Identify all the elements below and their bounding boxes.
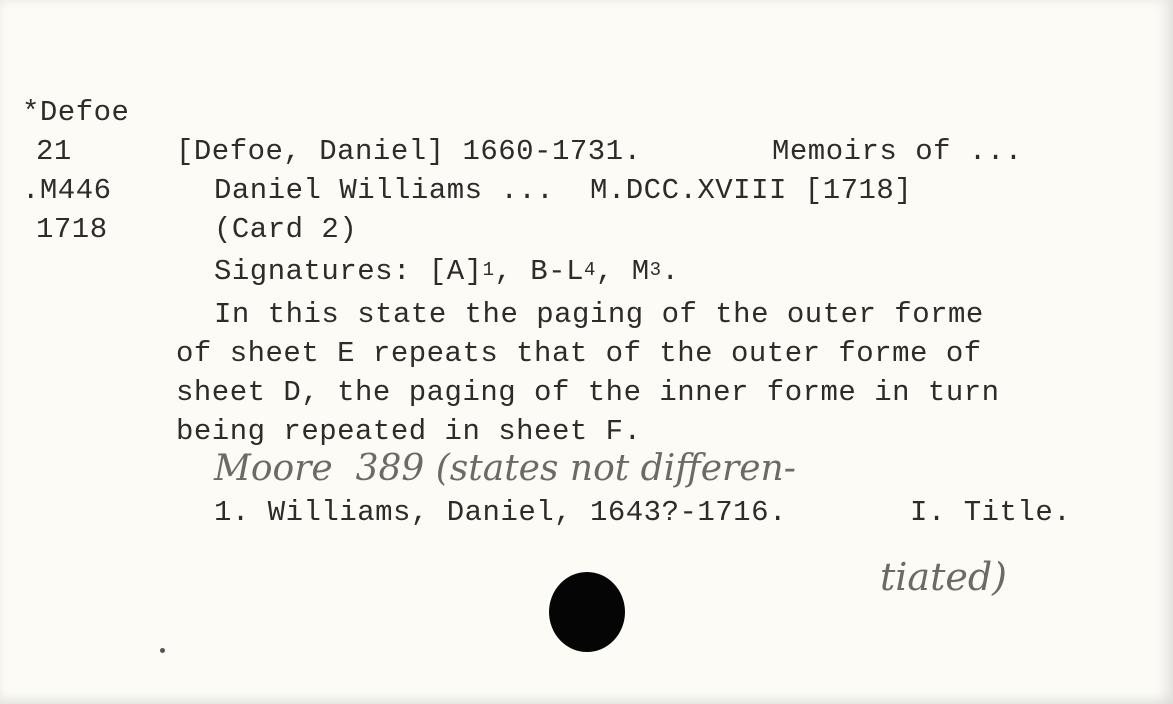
author-heading: [Defoe, Daniel] 1660-1731. (176, 135, 641, 168)
note-line-1: In this state the paging of the outer fo… (214, 298, 984, 331)
sig-m-sup: 3 (650, 259, 662, 281)
tracing-added-entry: 1. Williams, Daniel, 1643?-1716. (214, 496, 787, 529)
signatures-label: Signatures: (214, 255, 411, 288)
call-number-line1: *Defoe (22, 96, 129, 129)
sig-end: . (662, 255, 680, 288)
note-line-3: sheet D, the paging of the inner forme i… (176, 376, 1000, 409)
call-number-line4: 1718 (36, 213, 108, 246)
card-punch-hole (549, 572, 625, 652)
sig-b: , B-L (494, 255, 584, 288)
sig-a: [A] (429, 255, 483, 288)
sig-a-sup: 1 (483, 259, 495, 281)
note-line-2: of sheet E repeats that of the outer for… (176, 337, 982, 370)
call-number-line2: 21 (36, 135, 72, 168)
card-number: (Card 2) (214, 213, 357, 246)
title-start: Memoirs of ... (772, 135, 1023, 168)
speck-mark (160, 648, 165, 653)
sig-b-sup: 4 (584, 259, 596, 281)
call-number-line3: .M446 (22, 174, 112, 207)
handwritten-note-line1: Moore 389 (states not differen- (214, 448, 796, 489)
handwritten-note-line2: tiated) (880, 555, 1007, 599)
note-line-4: being repeated in sheet F. (176, 415, 641, 448)
title-continuation: Daniel Williams ... M.DCC.XVIII [1718] (214, 174, 912, 207)
sig-m: , M (596, 255, 650, 288)
signatures-line: Signatures: [A]1, B-L4, M3. (214, 255, 679, 288)
tracing-title: I. Title. (910, 496, 1071, 529)
catalog-card: *Defoe 21 .M446 1718 [Defoe, Daniel] 166… (0, 0, 1173, 704)
